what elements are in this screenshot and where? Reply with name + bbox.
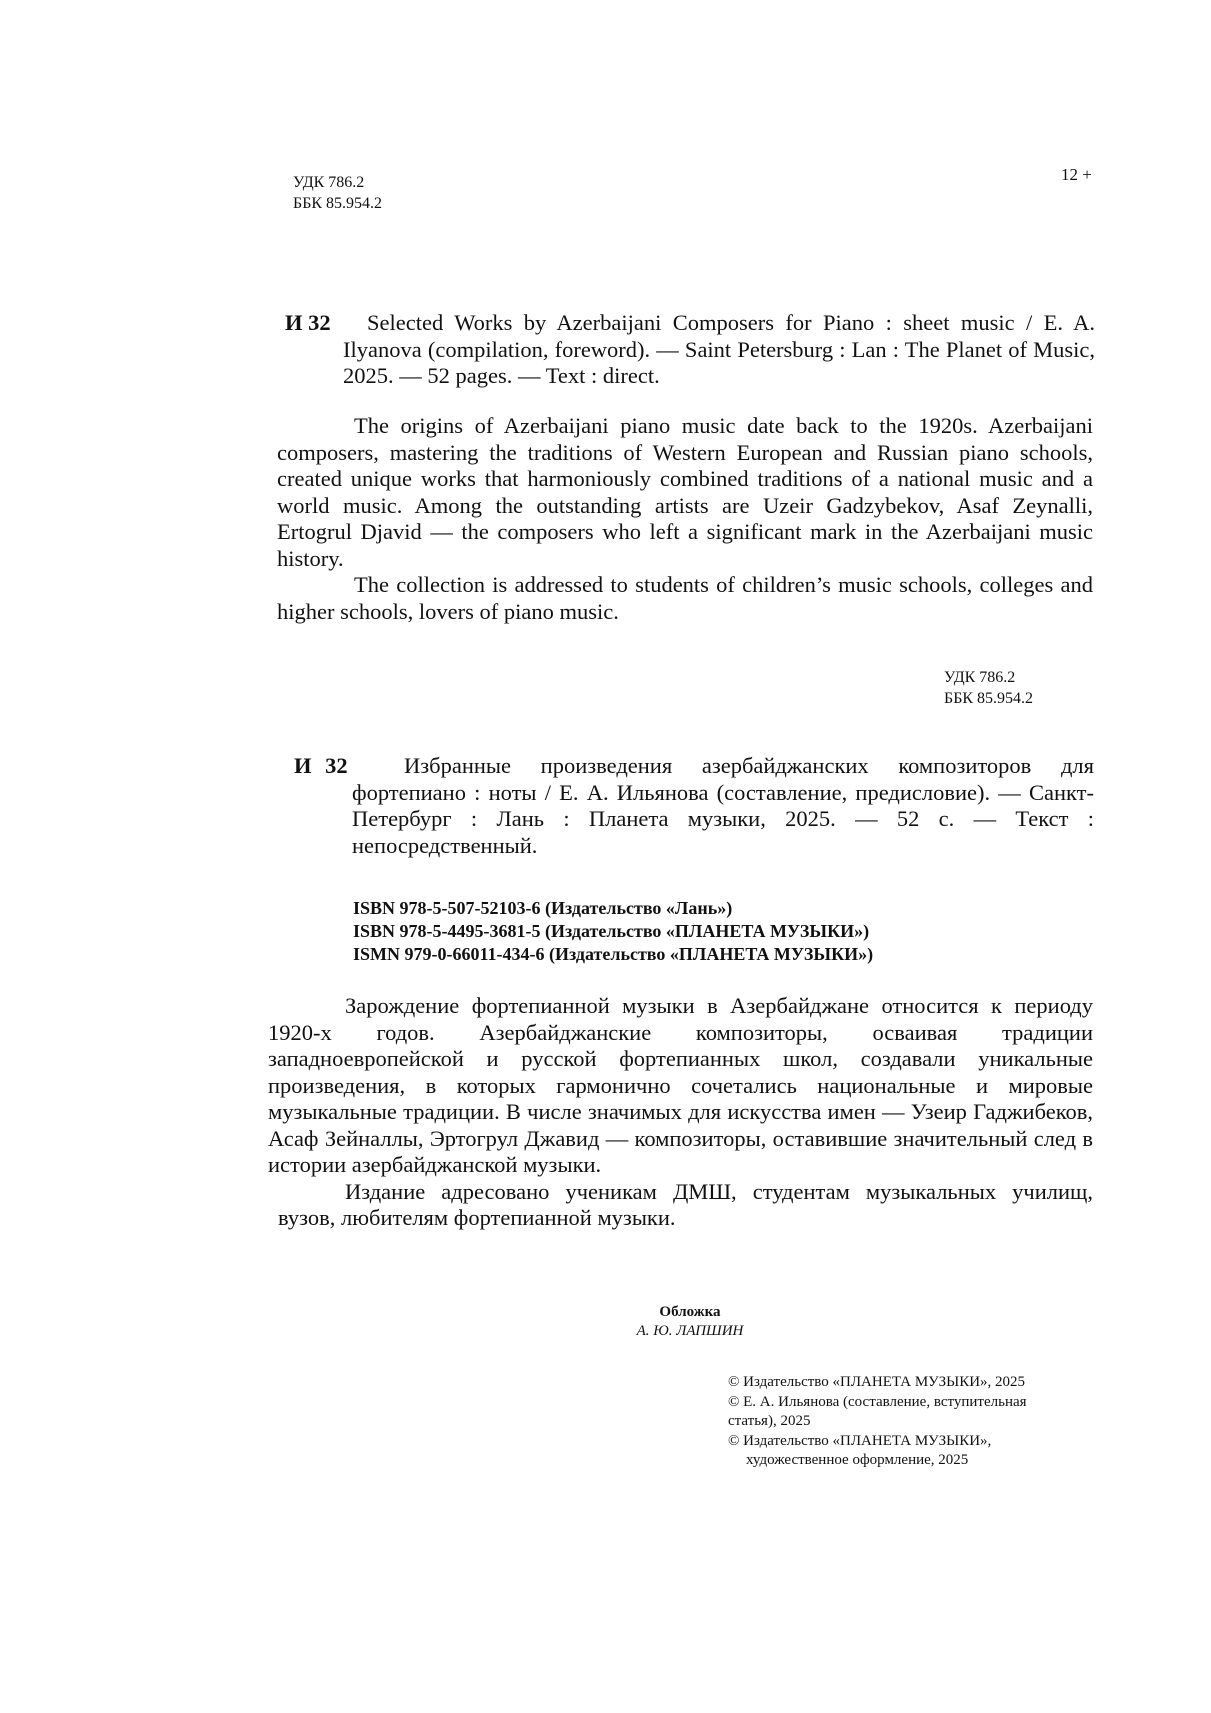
copyright-line: © Издательство «ПЛАНЕТА МУЗЫКИ», 2025 xyxy=(728,1373,1068,1393)
udk-bbk-ru: УДК 786.2 ББК 85.954.2 xyxy=(944,667,1033,709)
copyright-line: © Е. А. Ильянова (составление, вступител… xyxy=(728,1393,1068,1432)
abstract-paragraph: Зарождение фортепианной музыки в Азербай… xyxy=(268,993,1093,1179)
cover-credit: Обложка А. Ю. ЛАПШИН xyxy=(610,1303,770,1341)
author-mark: И 32 xyxy=(285,310,331,337)
abstract-ru: Зарождение фортепианной музыки в Азербай… xyxy=(268,993,1093,1232)
identifiers: ISBN 978-5-507-52103-6 (Издательство «Ла… xyxy=(353,897,873,966)
isbn-planeta: ISBN 978-5-4495-3681-5 (Издательство «ПЛ… xyxy=(353,920,873,943)
abstract-en: The origins of Azerbaijani piano music d… xyxy=(277,413,1093,625)
author-mark: И 32 xyxy=(294,753,348,780)
copyright-line: художественное оформление, 2025 xyxy=(728,1451,1068,1471)
bbk-code: ББК 85.954.2 xyxy=(293,193,382,214)
bibliographic-description: Selected Works by Azerbaijani Composers … xyxy=(343,310,1095,390)
abstract-paragraph: The origins of Azerbaijani piano music d… xyxy=(277,413,1093,572)
ismn-planeta: ISMN 979-0-66011-434-6 (Издательство «ПЛ… xyxy=(353,943,873,966)
age-rating: 12 + xyxy=(1061,165,1092,185)
udk-bbk-header: УДК 786.2 ББК 85.954.2 xyxy=(293,172,382,214)
copyright-line: © Издательство «ПЛАНЕТА МУЗЫКИ», xyxy=(728,1432,1068,1452)
abstract-paragraph: Издание адресовано ученикам ДМШ, студент… xyxy=(268,1179,1093,1232)
cover-label: Обложка xyxy=(610,1303,770,1322)
isbn-lan: ISBN 978-5-507-52103-6 (Издательство «Ла… xyxy=(353,897,873,920)
abstract-paragraph: The collection is addressed to students … xyxy=(277,572,1093,625)
cover-designer: А. Ю. ЛАПШИН xyxy=(610,1322,770,1341)
copyright-block: © Издательство «ПЛАНЕТА МУЗЫКИ», 2025 © … xyxy=(728,1373,1068,1471)
udk-code: УДК 786.2 xyxy=(293,172,382,193)
bibliographic-description: Избранные произведения азербайджанских к… xyxy=(352,753,1094,859)
bbk-code: ББК 85.954.2 xyxy=(944,688,1033,709)
udk-code: УДК 786.2 xyxy=(944,667,1033,688)
